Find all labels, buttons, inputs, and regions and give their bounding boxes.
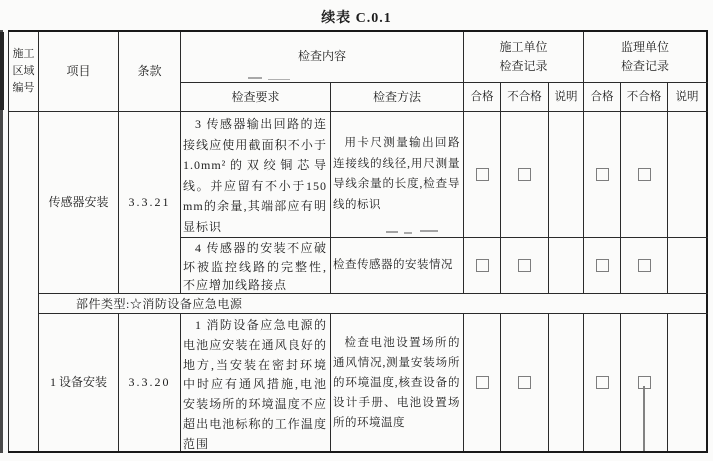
header-inspection-requirement: 检查要求 xyxy=(181,83,330,111)
requirement-text-row3: 1 消防设备应急电源的电池应安装在通风良好的地方,当安装在密封环境中时应有通风措… xyxy=(183,316,327,450)
method-cell-row3: 检查电池设置场所的通风情况,测量安装场所的环境温度,核查设备的设计手册、电池设置… xyxy=(333,314,460,451)
supervision-fail-cell-row1 xyxy=(621,112,667,236)
header-area-number: 施工 区域 编号 xyxy=(9,31,38,111)
construction-fail-checkbox-row2[interactable] xyxy=(518,259,531,272)
supervision-pass-checkbox-row2[interactable] xyxy=(596,259,609,272)
construction-pass-checkbox-row1[interactable] xyxy=(476,168,489,181)
grid-line xyxy=(330,313,331,453)
supervision-pass-checkbox-row3[interactable] xyxy=(596,376,609,389)
grid-line xyxy=(548,82,549,293)
construction-pass-cell-row1 xyxy=(464,112,500,236)
method-text-row2: 检查传感器的安装情况 xyxy=(333,256,460,274)
header-construction-fail: 不合格 xyxy=(501,83,548,111)
header-project: 项目 xyxy=(39,31,118,111)
construction-pass-checkbox-row2[interactable] xyxy=(476,259,489,272)
construction-fail-checkbox-row1[interactable] xyxy=(518,168,531,181)
grid-line xyxy=(667,82,668,293)
supervision-pass-cell-row2 xyxy=(584,238,620,292)
supervision-fail-cell-row2 xyxy=(621,238,667,292)
scan-artifact-left-bar-dark xyxy=(0,32,4,110)
project-cell-device: 1 设备安装 xyxy=(39,314,118,451)
grid-line xyxy=(8,451,708,453)
supervision-fail-checkbox-row1[interactable] xyxy=(638,168,651,181)
header-supervision-pass: 合格 xyxy=(584,83,620,111)
header-construction-pass: 合格 xyxy=(464,83,500,111)
method-cell-row2: 检查传感器的安装情况 xyxy=(333,238,460,292)
construction-fail-cell-row3 xyxy=(501,314,548,451)
project-cell-sensor: 传感器安装 xyxy=(39,112,118,292)
construction-pass-cell-row3 xyxy=(464,314,500,451)
clause-cell-device: 3.3.20 xyxy=(119,314,180,451)
header-construction-unit-record: 施工单位 检查记录 xyxy=(464,31,583,82)
requirement-text-row1: 3 传感器输出回路的连接线应使用截面积不小于1.0mm²的双绞铜芯导线。并应留有… xyxy=(183,114,327,235)
method-text-row1: 用卡尺测量输出回路连接线的线径,用尺测量导线余量的长度,检查导线的标识 xyxy=(333,133,460,215)
supervision-fail-cell-row3 xyxy=(621,314,667,451)
construction-pass-cell-row2 xyxy=(464,238,500,292)
clause-cell-sensor: 3.3.21 xyxy=(119,112,180,292)
header-inspection-content: 检查内容 xyxy=(181,31,463,82)
requirement-text-row2: 4 传感器的安装不应破坏被监控线路的完整性,不应增加线路接点 xyxy=(183,239,327,292)
header-supervision-fail: 不合格 xyxy=(621,83,667,111)
method-text-row3: 检查电池设置场所的通风情况,测量安装场所的环境温度,核查设备的设计手册、电池设置… xyxy=(333,333,460,433)
supervision-pass-cell-row3 xyxy=(584,314,620,451)
header-construction-note: 说明 xyxy=(549,83,583,111)
table-title: 续表 C.0.1 xyxy=(0,7,713,27)
supervision-pass-cell-row1 xyxy=(584,112,620,236)
header-supervision-note: 说明 xyxy=(668,83,706,111)
grid-line xyxy=(330,82,331,293)
grid-line xyxy=(667,313,668,453)
grid-line xyxy=(706,30,708,453)
supervision-fail-checkbox-row3[interactable] xyxy=(638,376,651,389)
component-type-row: 部件类型:☆消防设备应急电源 xyxy=(39,294,706,313)
construction-fail-checkbox-row3[interactable] xyxy=(518,376,531,389)
scanned-inspection-form-page: 续表 C.0.1 施 xyxy=(0,0,713,461)
construction-fail-cell-row2 xyxy=(501,238,548,292)
grid-line xyxy=(548,313,549,453)
construction-fail-cell-row1 xyxy=(501,112,548,236)
supervision-fail-checkbox-row2[interactable] xyxy=(638,259,651,272)
header-supervision-unit-record: 监理单位 检查记录 xyxy=(584,31,706,82)
supervision-pass-checkbox-row1[interactable] xyxy=(596,168,609,181)
construction-pass-checkbox-row3[interactable] xyxy=(476,376,489,389)
method-cell-row1: 用卡尺测量输出回路连接线的线径,用尺测量导线余量的长度,检查导线的标识 xyxy=(333,112,460,236)
grid-line xyxy=(180,313,181,453)
header-clause: 条款 xyxy=(119,31,180,111)
header-inspection-method: 检查方法 xyxy=(331,83,463,111)
